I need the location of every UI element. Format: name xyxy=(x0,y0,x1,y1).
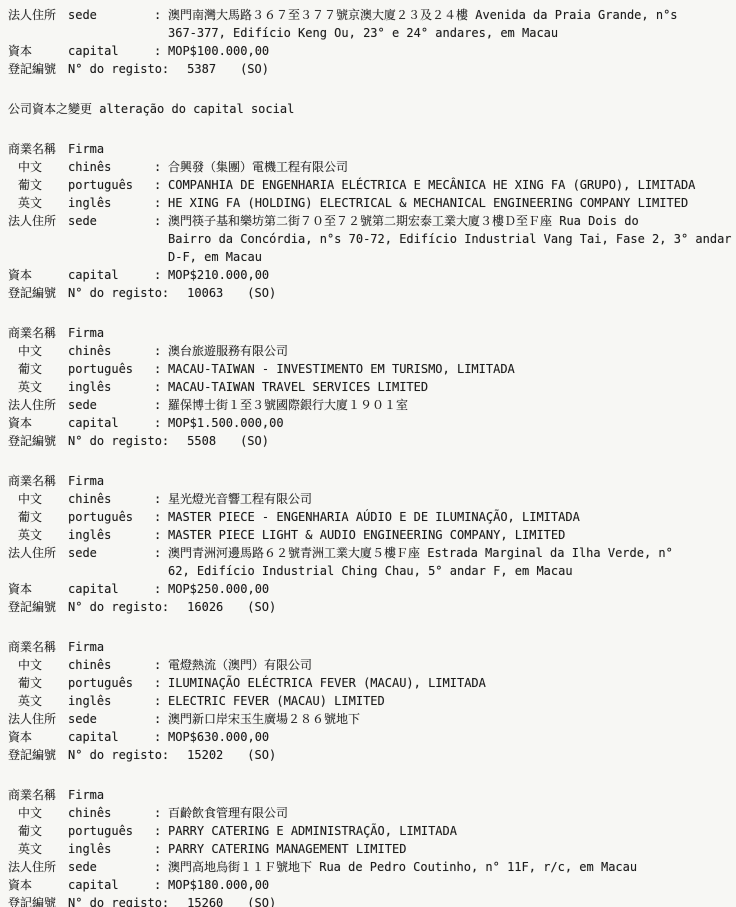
registration-suffix: (SO) xyxy=(247,746,276,764)
label-chinese: 英文 xyxy=(8,840,68,858)
field-value: 澳門南灣大馬路３６７至３７７號京澳大廈２３及２４樓 Avenida da Pra… xyxy=(168,6,678,24)
label-chinese: 資本 xyxy=(8,266,68,284)
company-records-list: 商業名稱Firma中文chinês:合興發（集團）電機工程有限公司葡文portu… xyxy=(8,140,732,907)
record-row: 登記編號N° do registo:15202(SO) xyxy=(8,746,732,764)
colon-separator: : xyxy=(154,656,168,674)
label-chinese: 登記編號 xyxy=(8,60,68,78)
colon-separator: : xyxy=(154,544,168,562)
label-latin: sede xyxy=(68,6,154,24)
company-record: 商業名稱Firma中文chinês:澳台旅遊服務有限公司葡文português:… xyxy=(8,324,732,450)
field-value: COMPANHIA DE ENGENHARIA ELÉCTRICA E MECÂ… xyxy=(168,176,695,194)
label-chinese: 登記編號 xyxy=(8,598,68,616)
record-row: D-F, em Macau xyxy=(8,248,732,266)
registration-number: 15260 xyxy=(187,894,223,907)
label-chinese: 法人住所 xyxy=(8,212,68,230)
label-latin: chinês xyxy=(68,656,154,674)
colon-separator: : xyxy=(154,414,168,432)
field-value: PARRY CATERING E ADMINISTRAÇÃO, LIMITADA xyxy=(168,822,457,840)
field-value: 電燈熱流（澳門）有限公司 xyxy=(168,656,312,674)
label-latin: capital xyxy=(68,580,154,598)
label-latin: N° do registo: xyxy=(68,894,169,907)
label-chinese: 商業名稱 xyxy=(8,786,68,804)
colon-separator: : xyxy=(154,266,168,284)
colon-separator: : xyxy=(154,490,168,508)
label-latin: português xyxy=(68,176,154,194)
record-row: 商業名稱Firma xyxy=(8,638,732,656)
label-latin: inglês xyxy=(68,526,154,544)
label-chinese: 法人住所 xyxy=(8,858,68,876)
colon-separator: : xyxy=(154,804,168,822)
label-chinese: 登記編號 xyxy=(8,746,68,764)
record-row: 登記編號N° do registo:15260(SO) xyxy=(8,894,732,907)
label-latin: inglês xyxy=(68,840,154,858)
label-chinese: 商業名稱 xyxy=(8,472,68,490)
gazette-page: 法人住所sede:澳門南灣大馬路３６７至３７７號京澳大廈２３及２４樓 Aveni… xyxy=(0,0,736,907)
label-latin: inglês xyxy=(68,194,154,212)
record-row: 英文inglês:PARRY CATERING MANAGEMENT LIMIT… xyxy=(8,840,732,858)
field-value: ILUMINAÇÃO ELÉCTRICA FEVER (MACAU), LIMI… xyxy=(168,674,486,692)
label-chinese: 中文 xyxy=(8,342,68,360)
record-row: 中文chinês:百齡飲食管理有限公司 xyxy=(8,804,732,822)
record-row: 資本capital:MOP$100.000,00 xyxy=(8,42,732,60)
label-latin: Firma xyxy=(68,786,154,804)
colon-separator: : xyxy=(154,580,168,598)
colon-separator: : xyxy=(154,396,168,414)
record-row: 英文inglês:MASTER PIECE LIGHT & AUDIO ENGI… xyxy=(8,526,732,544)
record-row: 資本capital:MOP$180.000,00 xyxy=(8,876,732,894)
field-value: 367-377, Edifício Keng Ou, 23° e 24° and… xyxy=(168,24,558,42)
record-row: 法人住所sede:澳門筷子基和樂坊第二街７０至７２號第二期宏泰工業大廈３樓Ｄ至Ｆ… xyxy=(8,212,732,230)
registration-suffix: (SO) xyxy=(240,432,269,450)
record-row: 中文chinês:星光燈光音響工程有限公司 xyxy=(8,490,732,508)
field-value: 澳門新口岸宋玉生廣場２８６號地下 xyxy=(168,710,360,728)
label-chinese: 法人住所 xyxy=(8,6,68,24)
record-row: 登記編號N° do registo:10063(SO) xyxy=(8,284,732,302)
label-chinese: 中文 xyxy=(8,804,68,822)
label-chinese: 資本 xyxy=(8,580,68,598)
field-value: MOP$180.000,00 xyxy=(168,876,269,894)
field-value: 澳門高地烏街１１Ｆ號地下 Rua de Pedro Coutinho, n° 1… xyxy=(168,858,637,876)
record-row: 英文inglês:HE XING FA (HOLDING) ELECTRICAL… xyxy=(8,194,732,212)
registration-number: 5387 xyxy=(187,60,216,78)
label-latin: N° do registo: xyxy=(68,746,169,764)
colon-separator: : xyxy=(154,692,168,710)
label-chinese: 法人住所 xyxy=(8,396,68,414)
record-row: 資本capital:MOP$630.000,00 xyxy=(8,728,732,746)
registration-suffix: (SO) xyxy=(240,60,269,78)
field-value: 澳門青洲河邊馬路６２號青洲工業大廈５樓Ｆ座 Estrada Marginal d… xyxy=(168,544,673,562)
label-chinese: 葡文 xyxy=(8,822,68,840)
record-row: 中文chinês:合興發（集團）電機工程有限公司 xyxy=(8,158,732,176)
field-value: MACAU-TAIWAN TRAVEL SERVICES LIMITED xyxy=(168,378,428,396)
colon-separator: : xyxy=(154,176,168,194)
label-chinese: 資本 xyxy=(8,876,68,894)
label-chinese: 英文 xyxy=(8,692,68,710)
field-value: MASTER PIECE LIGHT & AUDIO ENGINEERING C… xyxy=(168,526,565,544)
registration-number: 15202 xyxy=(187,746,223,764)
colon-separator: : xyxy=(154,378,168,396)
label-chinese: 資本 xyxy=(8,728,68,746)
field-value: MOP$100.000,00 xyxy=(168,42,269,60)
label-latin: português xyxy=(68,822,154,840)
company-record: 商業名稱Firma中文chinês:百齡飲食管理有限公司葡文português:… xyxy=(8,786,732,907)
label-chinese: 中文 xyxy=(8,158,68,176)
colon-separator: : xyxy=(154,876,168,894)
label-chinese: 葡文 xyxy=(8,508,68,526)
record-row: 法人住所sede:澳門青洲河邊馬路６２號青洲工業大廈５樓Ｆ座 Estrada M… xyxy=(8,544,732,562)
colon-separator: : xyxy=(154,508,168,526)
record-row: 資本capital:MOP$210.000,00 xyxy=(8,266,732,284)
field-value: 星光燈光音響工程有限公司 xyxy=(168,490,312,508)
colon-separator: : xyxy=(154,360,168,378)
label-latin: sede xyxy=(68,396,154,414)
label-chinese: 中文 xyxy=(8,656,68,674)
label-latin: capital xyxy=(68,266,154,284)
label-chinese: 登記編號 xyxy=(8,432,68,450)
label-latin: inglês xyxy=(68,378,154,396)
label-chinese: 法人住所 xyxy=(8,544,68,562)
field-value: D-F, em Macau xyxy=(168,248,262,266)
label-latin: chinês xyxy=(68,804,154,822)
record-row: 商業名稱Firma xyxy=(8,472,732,490)
record-row: 葡文português:COMPANHIA DE ENGENHARIA ELÉC… xyxy=(8,176,732,194)
label-chinese: 法人住所 xyxy=(8,710,68,728)
field-value: 62, Edifício Industrial Ching Chau, 5° a… xyxy=(168,562,573,580)
label-latin: sede xyxy=(68,212,154,230)
field-value: 合興發（集團）電機工程有限公司 xyxy=(168,158,348,176)
field-value: 澳台旅遊服務有限公司 xyxy=(168,342,288,360)
record-row: Bairro da Concórdia, n°s 70-72, Edifício… xyxy=(8,230,732,248)
label-chinese: 英文 xyxy=(8,378,68,396)
colon-separator: : xyxy=(154,840,168,858)
label-latin: Firma xyxy=(68,638,154,656)
record-row: 中文chinês:澳台旅遊服務有限公司 xyxy=(8,342,732,360)
company-record: 商業名稱Firma中文chinês:星光燈光音響工程有限公司葡文portuguê… xyxy=(8,472,732,616)
registration-suffix: (SO) xyxy=(247,894,276,907)
record-row: 登記編號N° do registo:5508(SO) xyxy=(8,432,732,450)
label-chinese: 英文 xyxy=(8,194,68,212)
label-chinese: 商業名稱 xyxy=(8,140,68,158)
label-latin: N° do registo: xyxy=(68,60,169,78)
label-latin: Firma xyxy=(68,324,154,342)
field-value: 羅保博士街１至３號國際銀行大廈１９０１室 xyxy=(168,396,408,414)
field-value: 澳門筷子基和樂坊第二街７０至７２號第二期宏泰工業大廈３樓Ｄ至Ｆ座 Rua Doi… xyxy=(168,212,639,230)
label-latin: capital xyxy=(68,42,154,60)
registration-suffix: (SO) xyxy=(247,598,276,616)
field-value: MOP$250.000,00 xyxy=(168,580,269,598)
label-chinese: 中文 xyxy=(8,490,68,508)
record-row: 資本capital:MOP$1.500.000,00 xyxy=(8,414,732,432)
colon-separator: : xyxy=(154,42,168,60)
record-row: 葡文português:PARRY CATERING E ADMINISTRAÇ… xyxy=(8,822,732,840)
record-row: 62, Edifício Industrial Ching Chau, 5° a… xyxy=(8,562,732,580)
record-row: 法人住所sede:澳門高地烏街１１Ｆ號地下 Rua de Pedro Couti… xyxy=(8,858,732,876)
colon-separator: : xyxy=(154,728,168,746)
label-chinese: 資本 xyxy=(8,42,68,60)
record-row: 法人住所sede:澳門南灣大馬路３６７至３７７號京澳大廈２３及２４樓 Aveni… xyxy=(8,6,732,24)
label-chinese: 葡文 xyxy=(8,176,68,194)
label-latin: N° do registo: xyxy=(68,284,169,302)
field-value: HE XING FA (HOLDING) ELECTRICAL & MECHAN… xyxy=(168,194,688,212)
label-latin: português xyxy=(68,360,154,378)
label-latin: Firma xyxy=(68,472,154,490)
record-row: 法人住所sede:澳門新口岸宋玉生廣場２８６號地下 xyxy=(8,710,732,728)
company-record: 商業名稱Firma中文chinês:合興發（集團）電機工程有限公司葡文portu… xyxy=(8,140,732,302)
record-row: 商業名稱Firma xyxy=(8,140,732,158)
field-value: MOP$1.500.000,00 xyxy=(168,414,284,432)
record-row: 367-377, Edifício Keng Ou, 23° e 24° and… xyxy=(8,24,732,42)
field-value: ELECTRIC FEVER (MACAU) LIMITED xyxy=(168,692,385,710)
field-value: Bairro da Concórdia, n°s 70-72, Edifício… xyxy=(168,230,732,248)
field-value: MACAU-TAIWAN - INVESTIMENTO EM TURISMO, … xyxy=(168,360,515,378)
registration-suffix: (SO) xyxy=(247,284,276,302)
company-record: 商業名稱Firma中文chinês:電燈熱流（澳門）有限公司葡文portuguê… xyxy=(8,638,732,764)
label-latin: português xyxy=(68,674,154,692)
colon-separator: : xyxy=(154,212,168,230)
field-value: MOP$210.000,00 xyxy=(168,266,269,284)
record-row: 英文inglês:ELECTRIC FEVER (MACAU) LIMITED xyxy=(8,692,732,710)
label-latin: N° do registo: xyxy=(68,598,169,616)
label-latin: chinês xyxy=(68,342,154,360)
record-row: 登記編號N° do registo:16026(SO) xyxy=(8,598,732,616)
record-row: 登記編號N° do registo:5387(SO) xyxy=(8,60,732,78)
registration-number: 10063 xyxy=(187,284,223,302)
label-chinese: 資本 xyxy=(8,414,68,432)
label-chinese: 葡文 xyxy=(8,674,68,692)
field-value: PARRY CATERING MANAGEMENT LIMITED xyxy=(168,840,406,858)
partial-company-record: 法人住所sede:澳門南灣大馬路３６７至３７７號京澳大廈２３及２４樓 Aveni… xyxy=(8,6,732,78)
colon-separator: : xyxy=(154,674,168,692)
label-latin: capital xyxy=(68,414,154,432)
record-row: 商業名稱Firma xyxy=(8,324,732,342)
label-chinese: 葡文 xyxy=(8,360,68,378)
colon-separator: : xyxy=(154,342,168,360)
label-latin: capital xyxy=(68,876,154,894)
record-row: 葡文português:MACAU-TAIWAN - INVESTIMENTO … xyxy=(8,360,732,378)
label-chinese: 登記編號 xyxy=(8,894,68,907)
registration-number: 16026 xyxy=(187,598,223,616)
colon-separator: : xyxy=(154,526,168,544)
label-latin: chinês xyxy=(68,490,154,508)
label-latin: Firma xyxy=(68,140,154,158)
colon-separator: : xyxy=(154,194,168,212)
record-row: 葡文português:MASTER PIECE - ENGENHARIA AÚ… xyxy=(8,508,732,526)
colon-separator: : xyxy=(154,6,168,24)
label-latin: capital xyxy=(68,728,154,746)
colon-separator: : xyxy=(154,822,168,840)
registration-number: 5508 xyxy=(187,432,216,450)
field-value: 百齡飲食管理有限公司 xyxy=(168,804,288,822)
label-latin: chinês xyxy=(68,158,154,176)
label-chinese: 登記編號 xyxy=(8,284,68,302)
colon-separator: : xyxy=(154,710,168,728)
label-latin: sede xyxy=(68,858,154,876)
label-chinese: 商業名稱 xyxy=(8,324,68,342)
label-chinese: 英文 xyxy=(8,526,68,544)
label-latin: N° do registo: xyxy=(68,432,169,450)
colon-separator: : xyxy=(154,858,168,876)
record-row: 商業名稱Firma xyxy=(8,786,732,804)
record-row: 英文inglês:MACAU-TAIWAN TRAVEL SERVICES LI… xyxy=(8,378,732,396)
record-row: 葡文português:ILUMINAÇÃO ELÉCTRICA FEVER (… xyxy=(8,674,732,692)
label-latin: sede xyxy=(68,710,154,728)
field-value: MASTER PIECE - ENGENHARIA AÚDIO E DE ILU… xyxy=(168,508,580,526)
field-value: MOP$630.000,00 xyxy=(168,728,269,746)
label-latin: inglês xyxy=(68,692,154,710)
label-latin: sede xyxy=(68,544,154,562)
record-row: 中文chinês:電燈熱流（澳門）有限公司 xyxy=(8,656,732,674)
label-chinese: 商業名稱 xyxy=(8,638,68,656)
section-heading: 公司資本之變更 alteração do capital social xyxy=(8,100,732,118)
record-row: 法人住所sede:羅保博士街１至３號國際銀行大廈１９０１室 xyxy=(8,396,732,414)
record-row: 資本capital:MOP$250.000,00 xyxy=(8,580,732,598)
label-latin: português xyxy=(68,508,154,526)
colon-separator: : xyxy=(154,158,168,176)
